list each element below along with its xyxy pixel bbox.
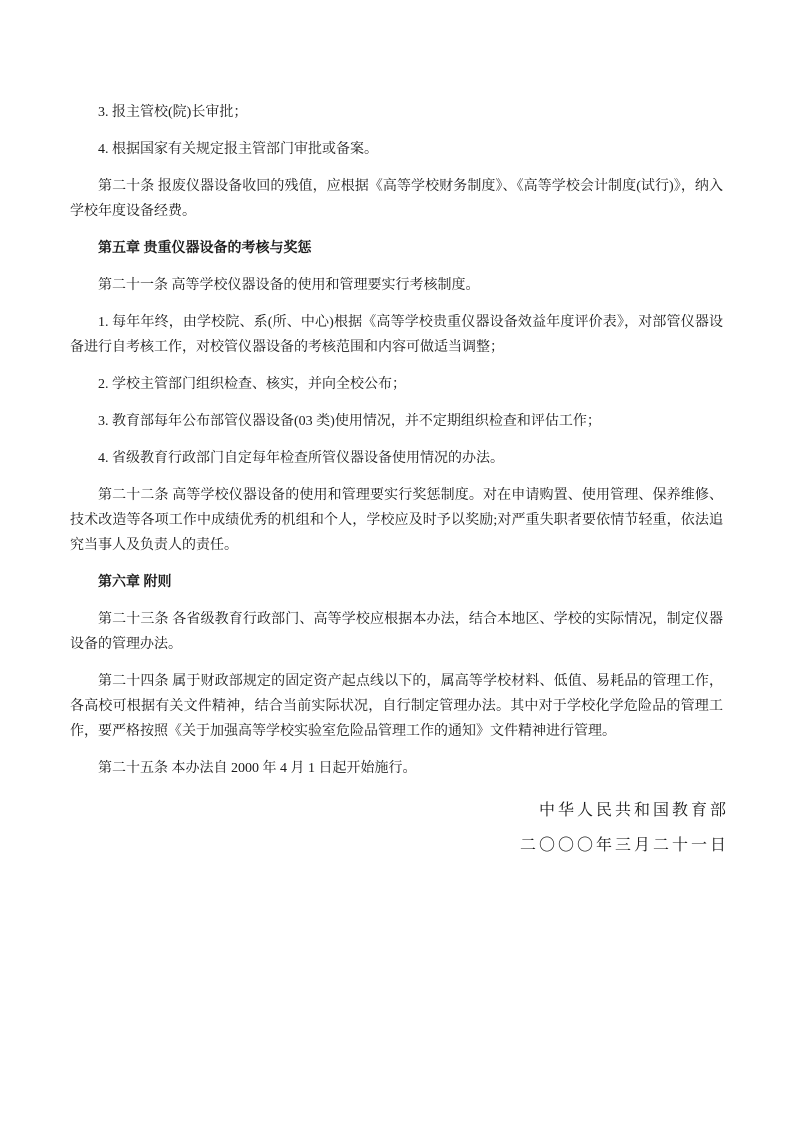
- document-content: 3. 报主管校(院)长审批； 4. 根据国家有关规定报主管部门审批或备案。 第二…: [70, 100, 723, 863]
- body-paragraph: 第二十三条 各省级教育行政部门、高等学校应根据本办法，结合本地区、学校的实际情况…: [70, 607, 723, 657]
- body-paragraph: 第二十五条 本办法自 2000 年 4 月 1 日起开始施行。: [70, 756, 723, 781]
- signature-date: 二〇〇〇年三月二十一日: [70, 828, 729, 863]
- body-paragraph: 第二十四条 属于财政部规定的固定资产起点线以下的，属高等学校材料、低值、易耗品的…: [70, 669, 723, 744]
- body-paragraph: 4. 根据国家有关规定报主管部门审批或备案。: [70, 137, 723, 162]
- signature-issuer: 中华人民共和国教育部: [70, 793, 729, 828]
- body-paragraph: 3. 报主管校(院)长审批；: [70, 100, 723, 125]
- body-paragraph: 2. 学校主管部门组织检查、核实，并向全校公布；: [70, 372, 723, 397]
- chapter-heading: 第六章 附则: [70, 570, 723, 595]
- chapter-heading: 第五章 贵重仪器设备的考核与奖惩: [70, 236, 723, 261]
- body-paragraph: 第二十一条 高等学校仪器设备的使用和管理要实行考核制度。: [70, 273, 723, 298]
- body-paragraph: 1. 每年年终，由学校院、系(所、中心)根据《高等学校贵重仪器设备效益年度评价表…: [70, 310, 723, 360]
- body-paragraph: 第二十条 报废仪器设备收回的残值，应根据《高等学校财务制度》、《高等学校会计制度…: [70, 174, 723, 224]
- body-paragraph: 3. 教育部每年公布部管仪器设备(03 类)使用情况，并不定期组织检查和评估工作…: [70, 409, 723, 434]
- body-paragraph: 4. 省级教育行政部门自定每年检查所管仪器设备使用情况的办法。: [70, 446, 723, 471]
- document-page: 3. 报主管校(院)长审批； 4. 根据国家有关规定报主管部门审批或备案。 第二…: [0, 0, 793, 1122]
- body-paragraph: 第二十二条 高等学校仪器设备的使用和管理要实行奖惩制度。对在申请购置、使用管理、…: [70, 483, 723, 558]
